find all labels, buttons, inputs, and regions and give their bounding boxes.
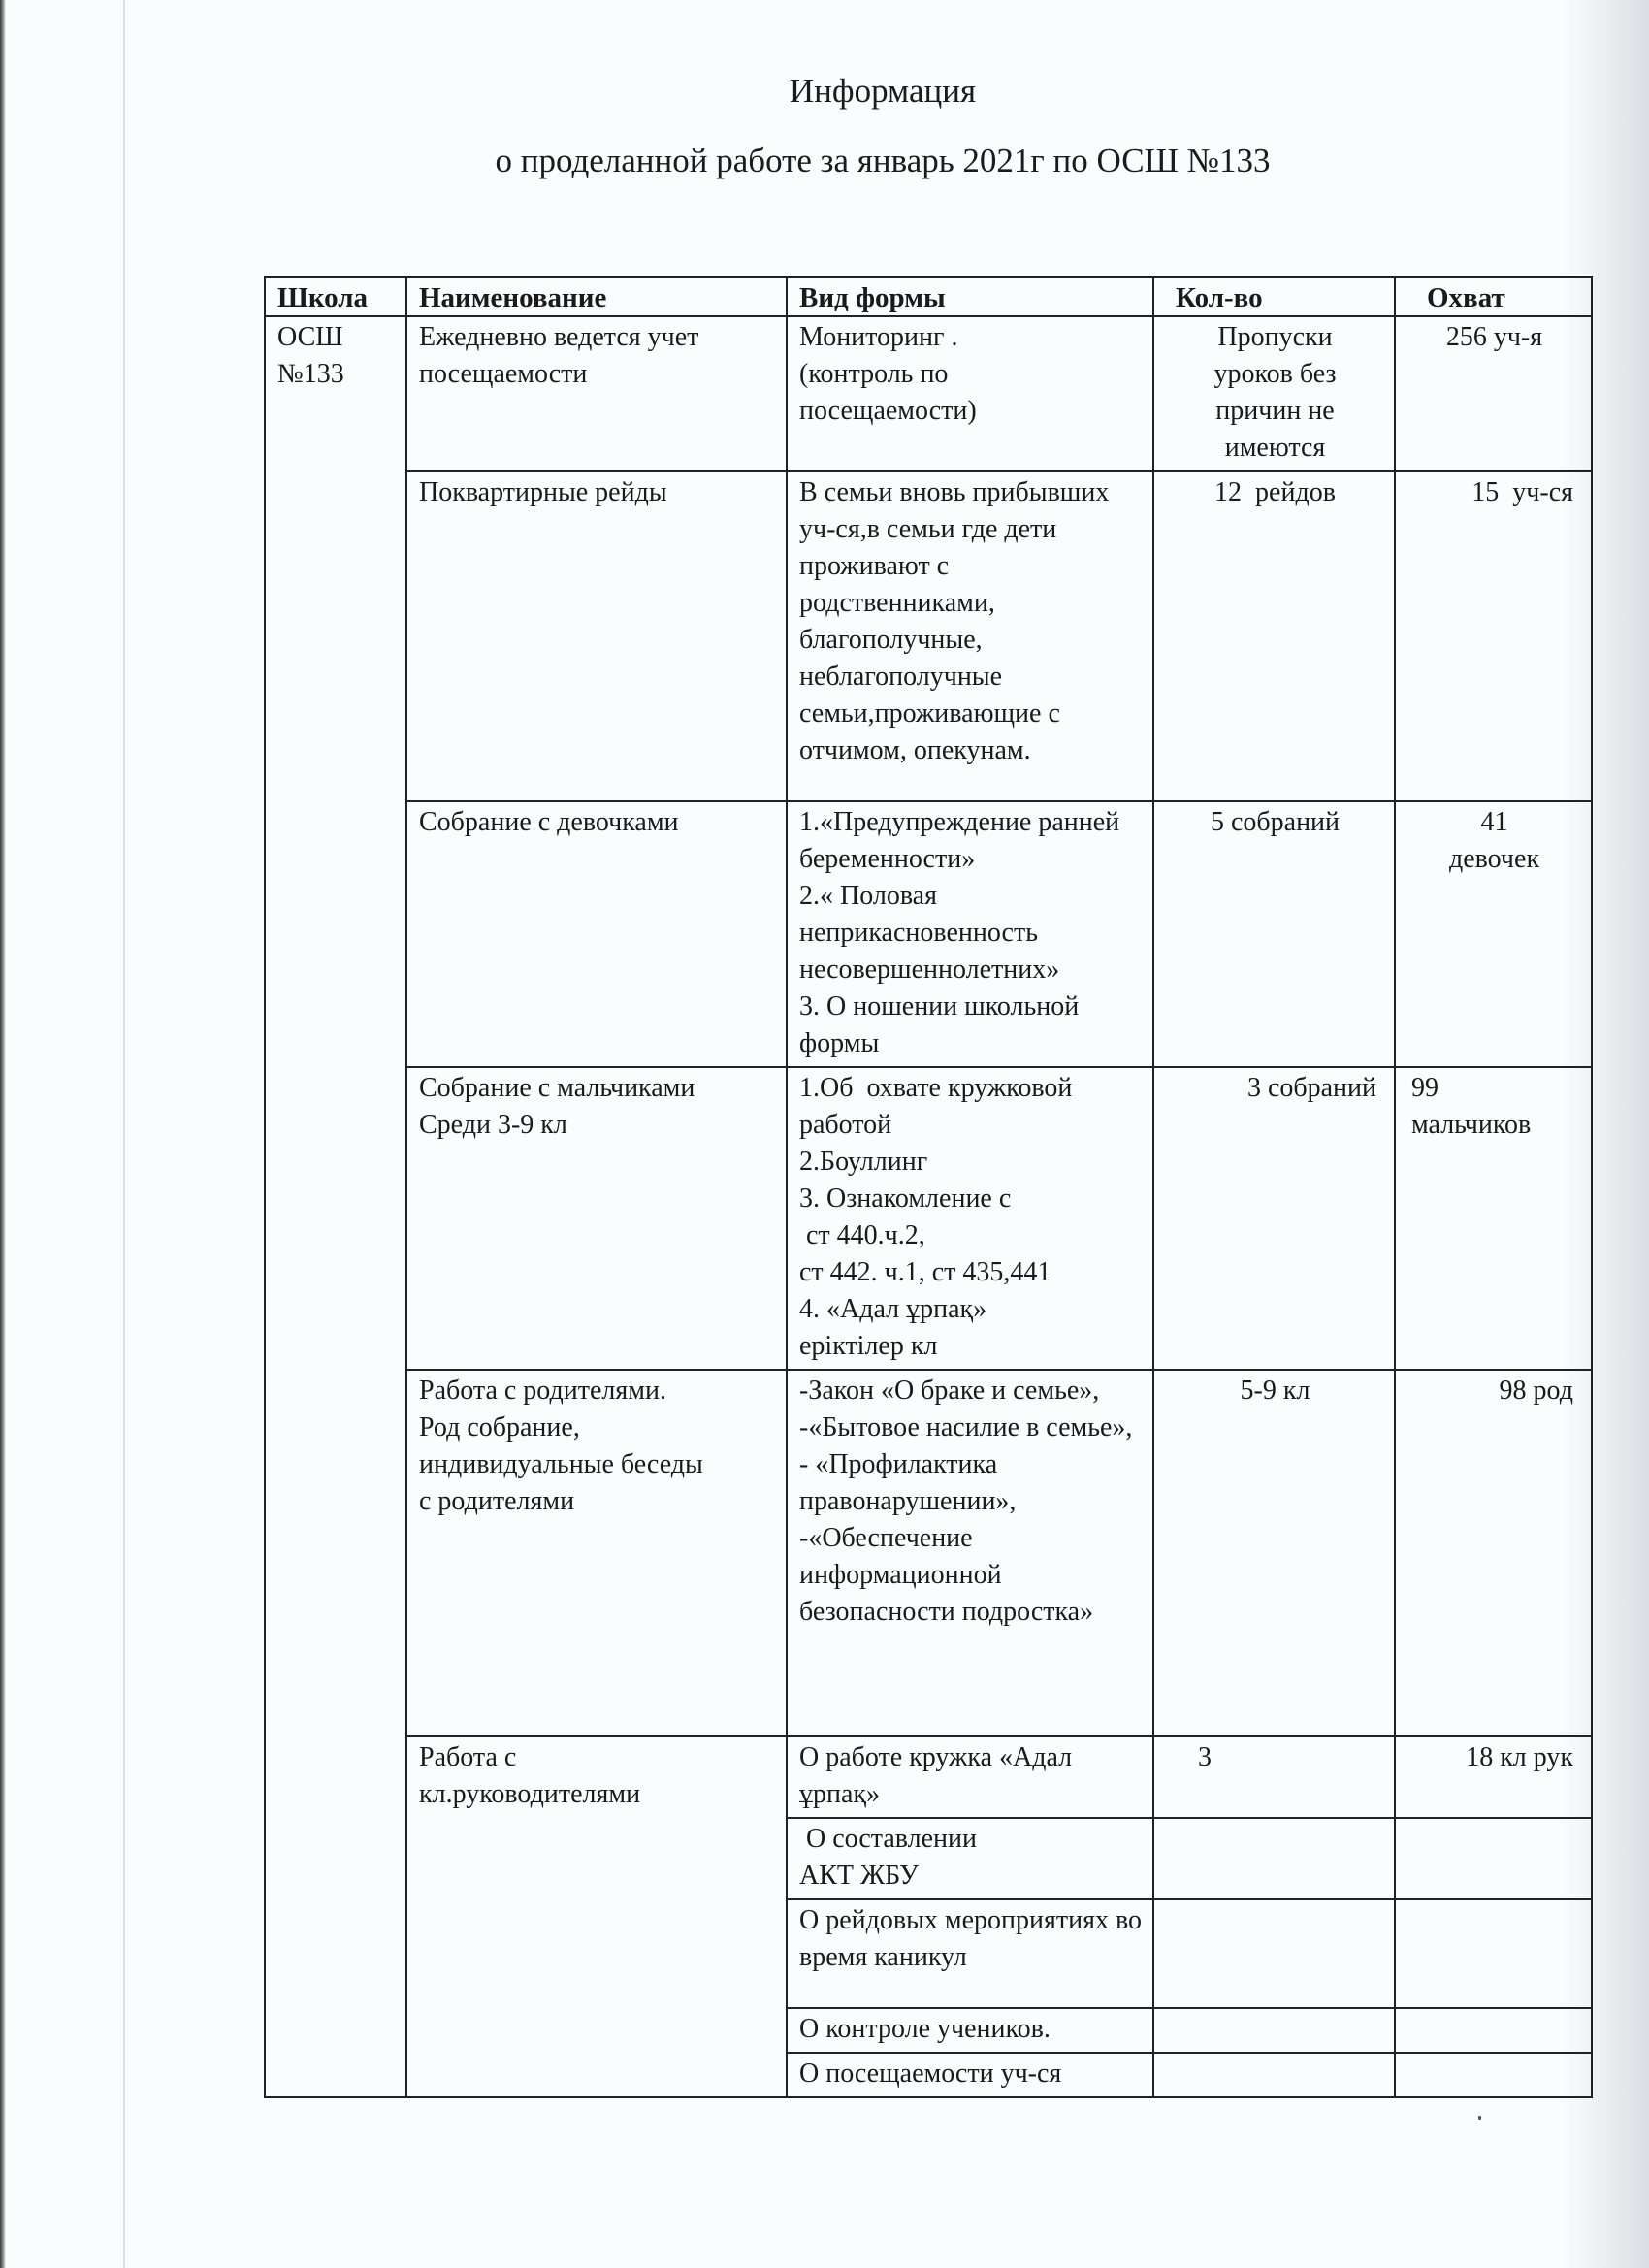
row-coverage: 41 девочек bbox=[1395, 801, 1592, 1067]
subrow-form: О контроле учеников. bbox=[787, 2008, 1153, 2053]
row-name: Поквартирные рейды bbox=[406, 471, 787, 801]
subrow-quantity bbox=[1153, 1818, 1395, 1899]
header-coverage: Охват bbox=[1395, 277, 1592, 316]
document-title: Информация bbox=[58, 72, 1649, 111]
table-row: Работа с кл.руководителями О работе круж… bbox=[265, 1736, 1592, 1818]
row-quantity: Пропуски уроков без причин не имеются bbox=[1153, 316, 1395, 471]
row-form: 1.«Предупреждение ранней беременности» 2… bbox=[787, 801, 1153, 1067]
table-header-row: Школа Наименование Вид формы Кол-во Охва… bbox=[265, 277, 1592, 316]
subrow-quantity bbox=[1153, 2053, 1395, 2097]
scan-speck bbox=[1478, 2116, 1481, 2120]
row-coverage: 98 род bbox=[1395, 1370, 1592, 1736]
row-coverage: 99 мальчиков bbox=[1395, 1067, 1592, 1370]
subrow-coverage bbox=[1395, 1899, 1592, 2008]
scan-edge bbox=[0, 0, 6, 2268]
subrow-quantity bbox=[1153, 2008, 1395, 2053]
table-row: Поквартирные рейды В семьи вновь прибывш… bbox=[265, 471, 1592, 801]
row-name: Собрание с мальчиками Среди 3-9 кл bbox=[406, 1067, 787, 1370]
row-name: Ежедневно ведется учет посещаемости bbox=[406, 316, 787, 471]
row-name: Работа с родителями. Род собрание, индив… bbox=[406, 1370, 787, 1736]
document-subtitle: о проделанной работе за январь 2021г по … bbox=[58, 142, 1649, 180]
row-form: Мониторинг . (контроль по посещаемости) bbox=[787, 316, 1153, 471]
subrow-form: О составлении АКТ ЖБУ bbox=[787, 1818, 1153, 1899]
row-coverage: 256 уч-я bbox=[1395, 316, 1592, 471]
subrow-form: О посещаемости уч-ся bbox=[787, 2053, 1153, 2097]
subrow-coverage bbox=[1395, 1818, 1592, 1899]
row-coverage: 15 уч-ся bbox=[1395, 471, 1592, 801]
row-form: В семьи вновь прибывших уч-ся,в семьи гд… bbox=[787, 471, 1153, 801]
table-row: Собрание с девочками 1.«Предупреждение р… bbox=[265, 801, 1592, 1067]
subrow-quantity: 3 bbox=[1153, 1736, 1395, 1818]
table-row: ОСШ №133 Ежедневно ведется учет посещаем… bbox=[265, 316, 1592, 471]
subrow-form: О рейдовых мероприятиях во время каникул bbox=[787, 1899, 1153, 2008]
row-quantity: 5-9 кл bbox=[1153, 1370, 1395, 1736]
header-form: Вид формы bbox=[787, 277, 1153, 316]
header-name: Наименование bbox=[406, 277, 787, 316]
row-form: -Закон «О браке и семье», -«Бытовое наси… bbox=[787, 1370, 1153, 1736]
row-quantity: 5 собраний bbox=[1153, 801, 1395, 1067]
scan-fold-line bbox=[123, 0, 125, 2268]
row-name: Собрание с девочками bbox=[406, 801, 787, 1067]
subrow-form: О работе кружка «Адал ұрпақ» bbox=[787, 1736, 1153, 1818]
row-quantity: 3 собраний bbox=[1153, 1067, 1395, 1370]
row-form: 1.Об охвате кружковой работой 2.Боуллинг… bbox=[787, 1067, 1153, 1370]
report-table: Школа Наименование Вид формы Кол-во Охва… bbox=[264, 276, 1593, 2098]
header-school: Школа bbox=[265, 277, 406, 316]
subrow-coverage: 18 кл рук bbox=[1395, 1736, 1592, 1818]
header-quantity: Кол-во bbox=[1153, 277, 1395, 316]
school-cell: ОСШ №133 bbox=[265, 316, 406, 2097]
row-quantity: 12 рейдов bbox=[1153, 471, 1395, 801]
subrow-coverage bbox=[1395, 2008, 1592, 2053]
row-name: Работа с кл.руководителями bbox=[406, 1736, 787, 2097]
subrow-quantity bbox=[1153, 1899, 1395, 2008]
table-row: Собрание с мальчиками Среди 3-9 кл 1.Об … bbox=[265, 1067, 1592, 1370]
subrow-coverage bbox=[1395, 2053, 1592, 2097]
table-row: Работа с родителями. Род собрание, индив… bbox=[265, 1370, 1592, 1736]
